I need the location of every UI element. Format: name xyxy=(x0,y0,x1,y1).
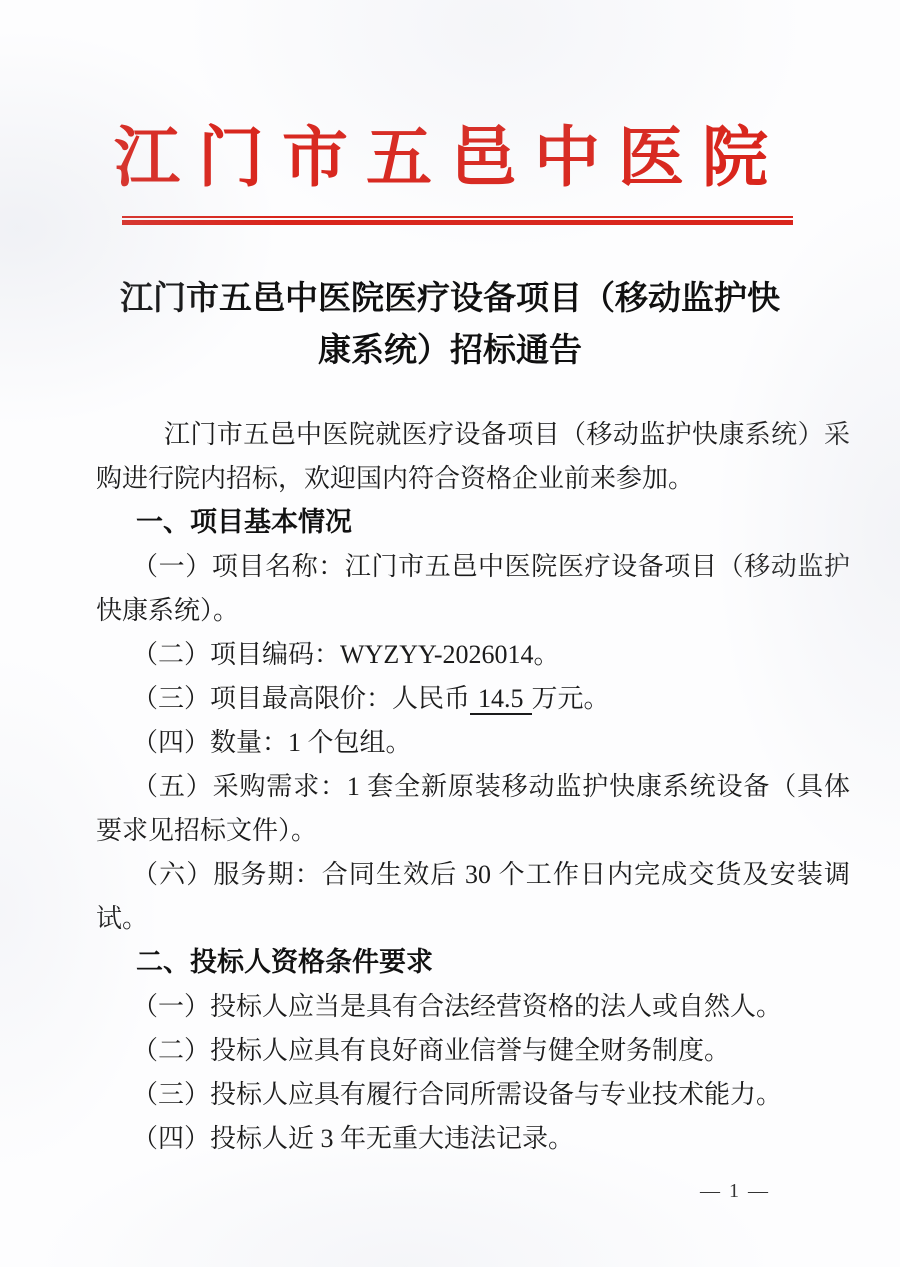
intro-paragraph: 江门市五邑中医院就医疗设备项目（移动监护快康系统）采购进行院内招标，欢迎国内符合… xyxy=(96,413,850,501)
section-1-item-4: （四）数量：1 个包组。 xyxy=(96,721,850,765)
page-number: — 1 — xyxy=(700,1180,770,1203)
document-title-line1: 江门市五邑中医院医疗设备项目（移动监护快 xyxy=(60,273,840,325)
document-page: 江门市五邑中医院 江门市五邑中医院医疗设备项目（移动监护快 康系统）招标通告 江… xyxy=(0,0,900,1267)
section-1-item-1: （一）项目名称：江门市五邑中医院医疗设备项目（移动监护快康系统）。 xyxy=(96,545,850,633)
section-2-item-3: （三）投标人应具有履行合同所需设备与专业技术能力。 xyxy=(96,1073,850,1117)
price-underlined-value: 14.5 xyxy=(470,684,532,715)
section-1-item-6: （六）服务期：合同生效后 30 个工作日内完成交货及安装调试。 xyxy=(96,853,850,941)
price-text-post: 万元。 xyxy=(532,684,610,713)
section-1-heading: 一、项目基本情况 xyxy=(96,501,850,545)
price-text-pre: （三）项目最高限价：人民币 xyxy=(132,684,470,713)
section-2-heading: 二、投标人资格条件要求 xyxy=(96,941,850,985)
section-1-item-5: （五）采购需求：1 套全新原装移动监护快康系统设备（具体要求见招标文件）。 xyxy=(96,765,850,853)
document-title-line2: 康系统）招标通告 xyxy=(60,325,840,377)
section-2-item-4: （四）投标人近 3 年无重大违法记录。 xyxy=(96,1117,850,1161)
section-2-item-1: （一）投标人应当是具有合法经营资格的法人或自然人。 xyxy=(96,985,850,1029)
section-1-item-3: （三）项目最高限价：人民币14.5万元。 xyxy=(96,677,850,721)
section-1-item-2: （二）项目编码：WYZYY-2026014。 xyxy=(96,633,850,677)
letterhead-rule-thin-line xyxy=(122,216,793,218)
letterhead-hospital-name: 江门市五邑中医院 xyxy=(0,0,900,192)
section-2-item-2: （二）投标人应具有良好商业信誉与健全财务制度。 xyxy=(96,1029,850,1073)
letterhead-rule xyxy=(122,216,793,225)
document-body: 江门市五邑中医院就医疗设备项目（移动监护快康系统）采购进行院内招标，欢迎国内符合… xyxy=(96,413,850,1161)
document-title: 江门市五邑中医院医疗设备项目（移动监护快 康系统）招标通告 xyxy=(60,273,840,377)
letterhead-rule-thick-line xyxy=(122,220,793,225)
